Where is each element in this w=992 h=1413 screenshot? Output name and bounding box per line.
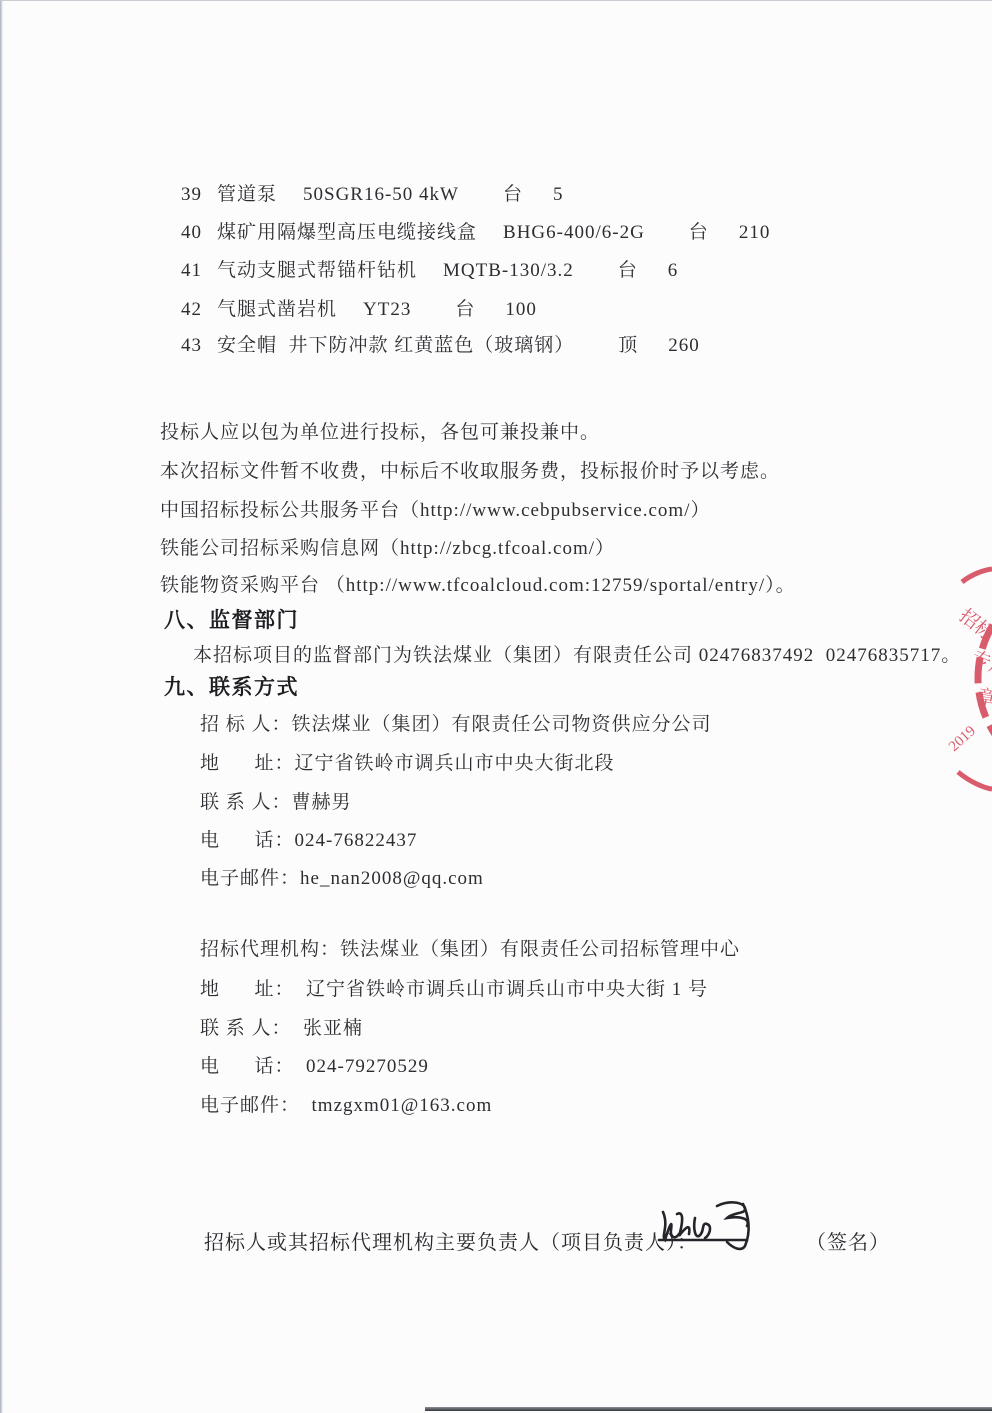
field-label: 联 系 人： bbox=[200, 792, 292, 813]
field-label: 电 话： bbox=[200, 1056, 295, 1077]
field-value: 024-76822437 bbox=[295, 830, 418, 851]
item-unit: 台 bbox=[618, 260, 638, 281]
tenderer-row: 招 标 人：铁法煤业（集团）有限责任公司物资供应分公司 bbox=[200, 709, 712, 736]
field-label: 电子邮件： bbox=[200, 868, 300, 889]
seal-text-fragment: 章 bbox=[975, 685, 992, 710]
section-heading-supervision: 八、监督部门 bbox=[164, 604, 299, 634]
signature-label: 招标人或其招标代理机构主要负责人（项目负责人）： bbox=[204, 1226, 698, 1255]
agency-row: 招标代理机构：铁法煤业（集团）有限责任公司招标管理中心 bbox=[200, 934, 740, 961]
agency-row: 电子邮件： tmzgxm01@163.com bbox=[200, 1090, 492, 1117]
field-label: 电子邮件： bbox=[200, 1095, 300, 1116]
scan-edge-top bbox=[0, 0, 992, 1]
field-label: 招 标 人： bbox=[200, 714, 292, 735]
note-paragraph-url: 中国招标投标公共服务平台（http://www.cebpubservice.co… bbox=[160, 495, 710, 522]
field-label: 地 址： bbox=[200, 979, 295, 1000]
agency-row: 电 话： 024-79270529 bbox=[200, 1051, 429, 1078]
field-value: 曹赫男 bbox=[292, 792, 352, 813]
field-label: 地 址： bbox=[200, 753, 295, 774]
item-qty: 260 bbox=[668, 335, 700, 356]
item-number: 43 bbox=[181, 335, 217, 357]
field-label: 联 系 人： bbox=[200, 1018, 292, 1039]
agency-row: 地 址： 辽宁省铁岭市调兵山市调兵山市中央大街 1 号 bbox=[200, 974, 708, 1001]
seal-number-fragment: 2019 bbox=[946, 723, 979, 755]
note-paragraph: 投标人应以包为单位进行投标，各包可兼投兼中。 bbox=[160, 417, 600, 444]
red-seal-graphic: 招标 专用 章 2019 bbox=[928, 560, 992, 800]
tenderer-row: 联 系 人：曹赫男 bbox=[200, 787, 352, 814]
field-value: 辽宁省铁岭市调兵山市调兵山市中央大街 1 号 bbox=[295, 979, 709, 1000]
tenderer-row: 电子邮件：he_nan2008@qq.com bbox=[200, 863, 484, 890]
scan-edge-left bbox=[0, 0, 3, 1413]
scan-edge-bottom bbox=[425, 1407, 992, 1411]
field-label: 招标代理机构： bbox=[200, 939, 340, 960]
note-paragraph-url: 铁能物资采购平台 （http://www.tfcoalcloud.com:127… bbox=[160, 570, 796, 597]
field-value: 辽宁省铁岭市调兵山市中央大街北段 bbox=[295, 753, 615, 774]
red-seal-stamp: 招标 专用 章 2019 bbox=[928, 560, 992, 800]
signature-line: 招标人或其招标代理机构主要负责人（项目负责人）： （签名） bbox=[204, 1226, 890, 1255]
agency-row: 联 系 人： 张亚楠 bbox=[200, 1013, 363, 1040]
section-heading-contact: 九、联系方式 bbox=[164, 671, 299, 701]
tenderer-row: 地 址：辽宁省铁岭市调兵山市中央大街北段 bbox=[200, 748, 615, 775]
field-value: tmzgxm01@163.com bbox=[300, 1095, 492, 1116]
field-value: 张亚楠 bbox=[292, 1018, 364, 1039]
seal-text-fragment: 专用 bbox=[968, 646, 992, 682]
equipment-row: 43安全帽 井下防冲款 红黄蓝色（玻璃钢）顶260 bbox=[158, 308, 700, 379]
note-paragraph-url: 铁能公司招标采购信息网（http://zbcg.tfcoal.com/） bbox=[160, 533, 615, 560]
field-value: he_nan2008@qq.com bbox=[300, 868, 484, 889]
field-value: 铁法煤业（集团）有限责任公司物资供应分公司 bbox=[292, 714, 712, 735]
signature-suffix: （签名） bbox=[806, 1226, 890, 1255]
field-label: 电 话： bbox=[200, 830, 295, 851]
tenderer-row: 电 话：024-76822437 bbox=[200, 825, 417, 852]
scanned-document-page: 39管道泵50SGR16-50 4kW台5 40煤矿用隔爆型高压电缆接线盒BHG… bbox=[0, 0, 992, 1413]
field-value: 024-79270529 bbox=[295, 1056, 429, 1077]
handwritten-signature bbox=[655, 1196, 775, 1258]
item-qty: 6 bbox=[668, 260, 679, 281]
item-qty: 210 bbox=[739, 222, 771, 243]
item-unit: 台 bbox=[689, 222, 709, 243]
item-unit: 顶 bbox=[618, 335, 638, 356]
supervision-body: 本招标项目的监督部门为铁法煤业（集团）有限责任公司 02476837492 02… bbox=[193, 640, 961, 667]
note-paragraph: 本次招标文件暂不收费，中标后不收取服务费，投标报价时予以考虑。 bbox=[160, 456, 780, 483]
item-name: 安全帽 井下防冲款 红黄蓝色（玻璃钢） bbox=[217, 335, 574, 356]
field-value: 铁法煤业（集团）有限责任公司招标管理中心 bbox=[340, 939, 740, 960]
